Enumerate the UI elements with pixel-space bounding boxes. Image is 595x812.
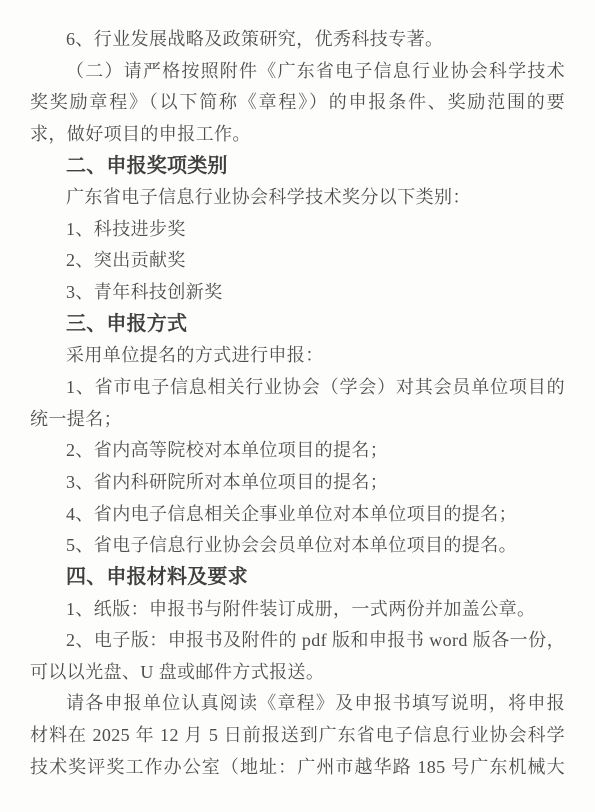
doc-line: 广东省电子信息行业协会科学技术奖分以下类别： (30, 182, 565, 214)
section-heading: 三、申报方式 (30, 309, 565, 341)
doc-line: 请各申报单位认真阅读《章程》及申报书填写说明，将申报 (30, 688, 565, 720)
doc-line: 4、省内电子信息相关企事业单位对本单位项目的提名； (30, 499, 565, 531)
doc-line: 1、科技进步奖 (30, 214, 565, 246)
doc-line: 求，做好项目的申报工作。 (30, 119, 565, 151)
doc-line: 采用单位提名的方式进行申报： (30, 340, 565, 372)
doc-line: 3、省内科研院所对本单位项目的提名； (30, 467, 565, 499)
doc-line: （二）请严格按照附件《广东省电子信息行业协会科学技术 (30, 56, 565, 88)
doc-line: 材料在 2025 年 12 月 5 日前报送到广东省电子信息行业协会科学 (30, 720, 565, 752)
doc-line: 1、纸版：申报书与附件装订成册，一式两份并加盖公章。 (30, 594, 565, 626)
doc-line: 2、省内高等院校对本单位项目的提名； (30, 435, 565, 467)
doc-line: 奖奖励章程》（以下简称《章程》）的申报条件、奖励范围的要 (30, 87, 565, 119)
document-page: 6、行业发展战略及政策研究，优秀科技专著。 （二）请严格按照附件《广东省电子信息… (0, 0, 595, 812)
doc-line: 2、电子版：申报书及附件的 pdf 版和申报书 word 版各一份， (30, 625, 565, 657)
doc-line: 技术奖评奖工作办公室（地址：广州市越华路 185 号广东机械大 (30, 752, 565, 784)
doc-line: 3、青年科技创新奖 (30, 277, 565, 309)
doc-line: 可以以光盘、U 盘或邮件方式报送。 (30, 657, 565, 689)
doc-line: 1、省市电子信息相关行业协会（学会）对其会员单位项目的 (30, 372, 565, 404)
doc-line: 6、行业发展战略及政策研究，优秀科技专著。 (30, 24, 565, 56)
section-heading: 二、申报奖项类别 (30, 151, 565, 183)
doc-line: 统一提名； (30, 404, 565, 436)
section-heading: 四、申报材料及要求 (30, 562, 565, 594)
doc-line: 2、突出贡献奖 (30, 245, 565, 277)
doc-line: 5、省电子信息行业协会会员单位对本单位项目的提名。 (30, 530, 565, 562)
